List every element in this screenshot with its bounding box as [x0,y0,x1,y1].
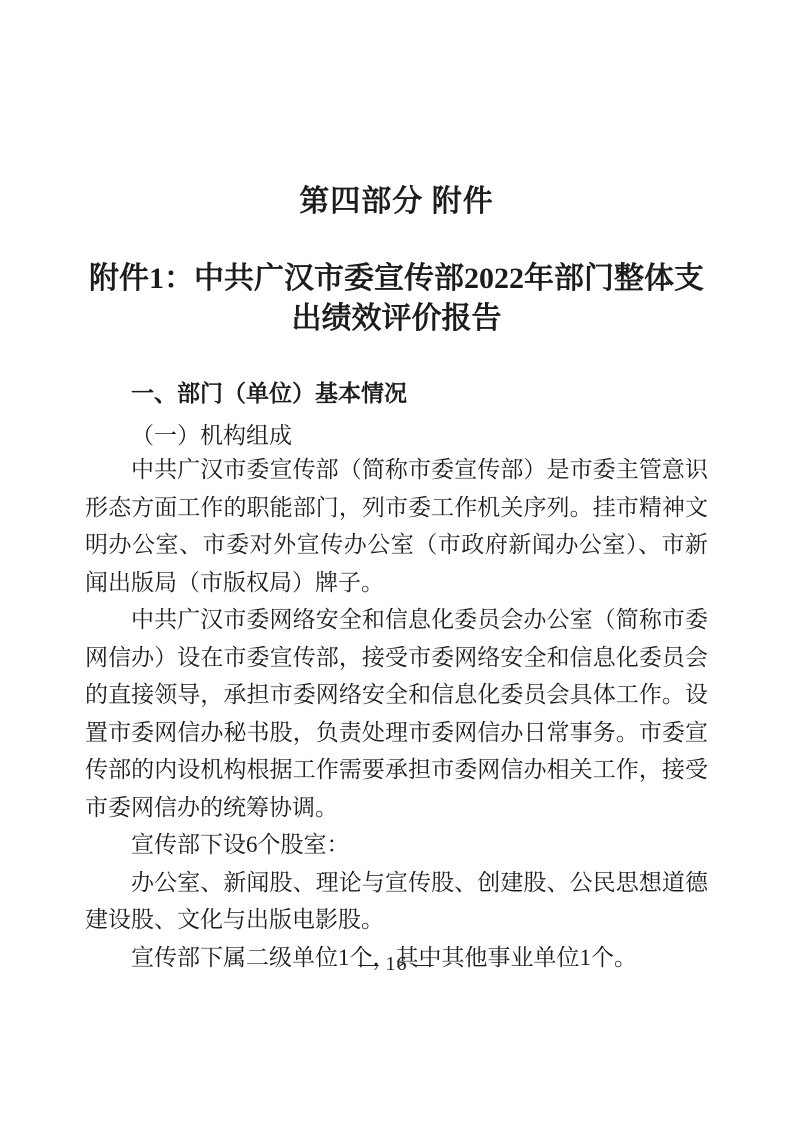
subsection-heading: （一）机构组成 [85,421,708,451]
page-number-footer: — 16 — [0,951,793,977]
body-paragraph: 中共广汉市委网络安全和信息化委员会办公室（简称市委网信办）设在市委宣传部，接受市… [85,601,708,826]
body-paragraph: 中共广汉市委宣传部（简称市委宣传部）是市委主管意识形态方面工作的职能部门，列市委… [85,451,708,601]
attachment-title-line2: 出绩效评价报告 [292,302,502,335]
attachment-title: 附件1：中共广汉市委宣传部2022年部门整体支 出绩效评价报告 [85,259,708,339]
part-heading: 第四部分 附件 [0,0,793,218]
document-body: 一、部门（单位）基本情况 （一）机构组成 中共广汉市委宣传部（简称市委宣传部）是… [85,378,708,976]
attachment-title-line1: 附件1：中共广汉市委宣传部2022年部门整体支 [89,262,704,295]
section-heading: 一、部门（单位）基本情况 [85,378,708,408]
body-paragraph: 办公室、新闻股、理论与宣传股、创建股、公民思想道德建设股、文化与出版电影股。 [85,864,708,939]
document-page: 第四部分 附件 附件1：中共广汉市委宣传部2022年部门整体支 出绩效评价报告 … [0,0,793,1122]
body-paragraph: 宣传部下设6个股室： [85,826,708,864]
